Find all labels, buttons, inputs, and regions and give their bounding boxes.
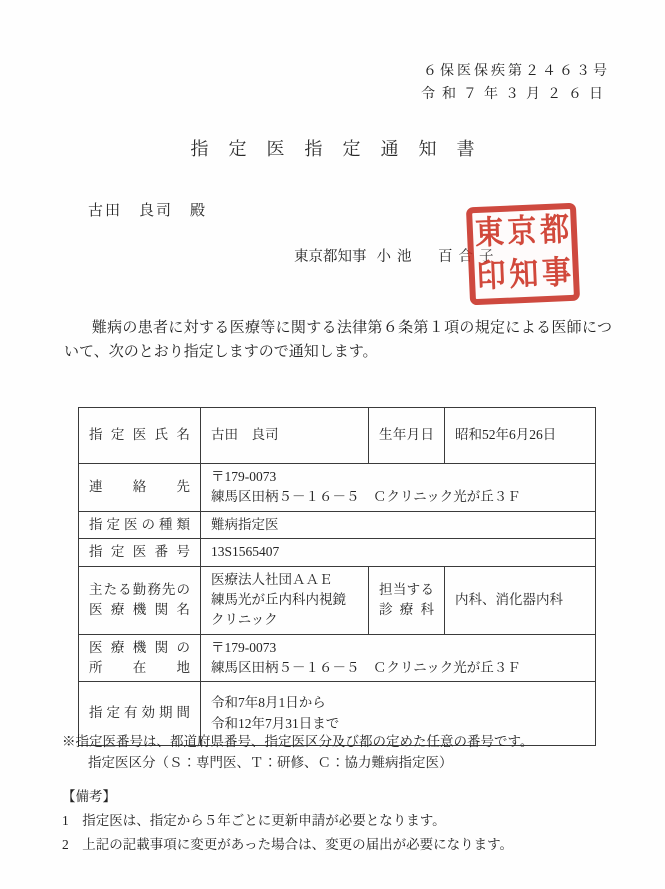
footnotes: ※指定医番号は、都道府県番号、指定医区分及び都の定めた任意の番号です。 指定医区… bbox=[62, 731, 622, 773]
seal-char: 印 bbox=[476, 260, 506, 294]
remarks-header: 【備考】 bbox=[62, 786, 622, 808]
designation-detail-table: 指定医氏名 古田 良司 生年月日 昭和52年6月26日 連絡先 〒179-007… bbox=[78, 407, 596, 746]
note-designation-number: ※指定医番号は、都道府県番号、指定医区分及び都の定めた任意の番号です。 bbox=[62, 731, 622, 752]
seal-char: 知 bbox=[509, 259, 539, 293]
label-departments: 担当する 診療科 bbox=[369, 566, 445, 634]
document-header: ６保医保疾第２４６３号 令和７年３月２６日 bbox=[421, 60, 610, 106]
label-workplace: 主たる勤務先の 医療機関名 bbox=[79, 566, 201, 634]
value-institution-address: 〒179-0073 練馬区田柄５－１６－５ Ｃクリニック光が丘３Ｆ bbox=[201, 634, 596, 682]
sender-title: 東京都知事 bbox=[294, 249, 367, 265]
table-row-contact: 連絡先 〒179-0073 練馬区田柄５－１６－５ Ｃクリニック光が丘３Ｆ bbox=[79, 464, 596, 512]
value-physician-name: 古田 良司 bbox=[201, 408, 369, 464]
table-row-designation-type: 指定医の種類 難病指定医 bbox=[79, 511, 596, 538]
table-row-workplace: 主たる勤務先の 医療機関名 医療法人社団ＡＡＥ 練馬光が丘内科内視鏡クリニック … bbox=[79, 566, 596, 634]
table-row-designation-number: 指定医番号 13S1565407 bbox=[79, 538, 596, 566]
notice-document-page: ６保医保疾第２４６３号 令和７年３月２６日 指定医指定通知書 古田 良司 殿 東… bbox=[0, 0, 665, 889]
label-contact: 連絡先 bbox=[79, 464, 201, 512]
label-designation-number: 指定医番号 bbox=[79, 538, 201, 566]
page-title: 指定医指定通知書 bbox=[0, 135, 665, 161]
value-designation-type: 難病指定医 bbox=[201, 511, 596, 538]
seal-char: 東 bbox=[474, 217, 504, 251]
note-classification: 指定医区分（Ｓ：専門医、Ｔ：研修、Ｃ：協力難病指定医） bbox=[62, 752, 622, 773]
value-departments: 内科、消化器内科 bbox=[445, 566, 596, 634]
remark-item-1: 1 指定医は、指定から５年ごとに更新申請が必要となります。 bbox=[62, 810, 622, 832]
label-designation-type: 指定医の種類 bbox=[79, 511, 201, 538]
table-row-institution-address: 医療機関の 所在地 〒179-0073 練馬区田柄５－１６－５ Ｃクリニック光が… bbox=[79, 634, 596, 682]
body-paragraph: 難病の患者に対する医療等に関する法律第６条第１項の規定による医師について、次のと… bbox=[64, 316, 612, 364]
issue-date: 令和７年３月２６日 bbox=[421, 83, 610, 106]
label-physician-name: 指定医氏名 bbox=[79, 408, 201, 464]
remark-item-2: 2 上記の記載事項に変更があった場合は、変更の届出が必要になります。 bbox=[62, 834, 622, 856]
remarks-section: 【備考】 1 指定医は、指定から５年ごとに更新申請が必要となります。 2 上記の… bbox=[62, 786, 622, 856]
table-row-physician-name: 指定医氏名 古田 良司 生年月日 昭和52年6月26日 bbox=[79, 408, 596, 464]
value-designation-number: 13S1565407 bbox=[201, 538, 596, 566]
label-birth-date: 生年月日 bbox=[369, 408, 445, 464]
governor-seal-stamp: 東 京 都 印 知 事 bbox=[466, 203, 580, 306]
seal-char: 都 bbox=[539, 214, 569, 248]
label-institution-address: 医療機関の 所在地 bbox=[79, 634, 201, 682]
seal-char: 京 bbox=[507, 216, 537, 250]
document-number: ６保医保疾第２４６３号 bbox=[421, 60, 610, 83]
value-contact: 〒179-0073 練馬区田柄５－１６－５ Ｃクリニック光が丘３Ｆ bbox=[201, 464, 596, 512]
value-birth-date: 昭和52年6月26日 bbox=[445, 408, 596, 464]
addressee: 古田 良司 殿 bbox=[88, 199, 207, 220]
seal-char: 事 bbox=[541, 257, 571, 291]
value-workplace: 医療法人社団ＡＡＥ 練馬光が丘内科内視鏡クリニック bbox=[201, 566, 369, 634]
